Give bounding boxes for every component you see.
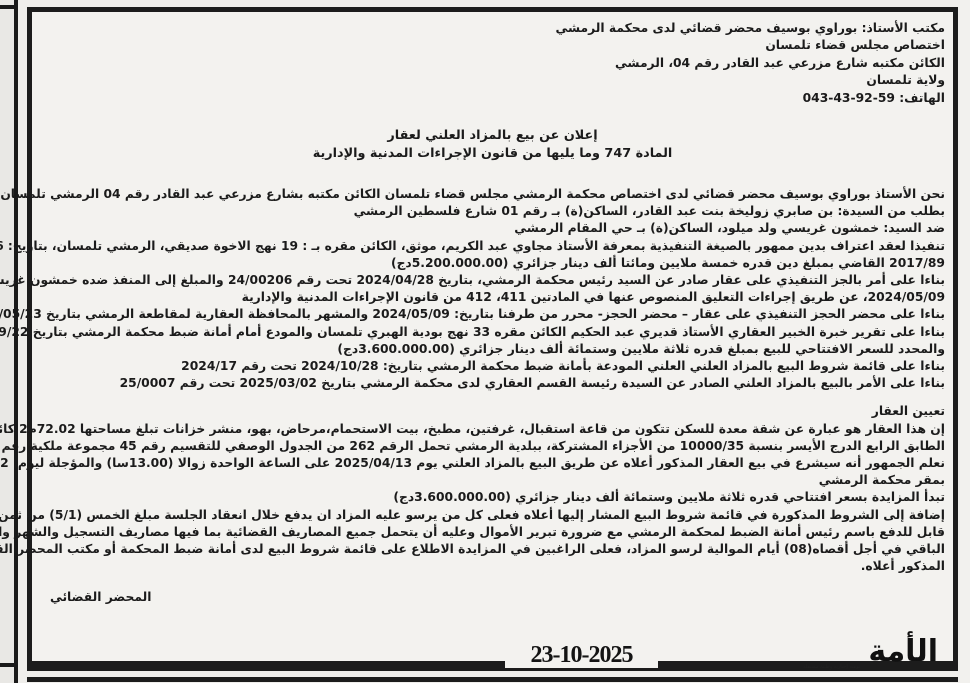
body-line: 2017/89 القاضي بمبلغ دين قدره خمسة ملايي… [40, 255, 945, 272]
column-rule [0, 5, 14, 9]
body-line: بطلب من السيدة: بن صابري زوليخة بنت عبد … [40, 203, 945, 220]
section-heading-property: تعيين العقار [40, 403, 945, 420]
body-line: بناءا على تقرير خبرة الخبير العقاري الأس… [40, 324, 945, 341]
body-line: قابل للدفع باسم رئيس أمانة الضبط لمحكمة … [40, 524, 945, 541]
notice-heading: إعلان عن بيع بالمزاد العلني لعقار [40, 127, 945, 145]
publication-date: 23-10-2025 [505, 640, 658, 668]
office-name: مكتب الأستاذ: بوراوي بوسيف محضر قضائي لد… [40, 20, 945, 37]
body-line: تبدأ المزايدة بسعر افتتاحي قدره ثلاثة مل… [40, 489, 945, 506]
body-line: نعلم الجمهور أنه سيشرع في بيع العقار الم… [40, 455, 945, 472]
province: ولاية تلمسان [40, 72, 945, 89]
body-line: بناءا على قائمة شروط البيع بالمزاد العلن… [40, 358, 945, 375]
notice-title: إعلان عن بيع بالمزاد العلني لعقار المادة… [40, 127, 945, 162]
logo-wordmark: الأمة [868, 635, 938, 669]
notice-body: نحن الأستاذ بوراوي بوسيف محضر قضائي لدى … [40, 186, 945, 575]
notice-content: مكتب الأستاذ: بوراوي بوسيف محضر قضائي لد… [40, 16, 945, 629]
phone: الهاتف: 59-92-43-043 [40, 90, 945, 107]
legal-notice-box: مكتب الأستاذ: بوراوي بوسيف محضر قضائي لد… [27, 7, 958, 666]
logo-tagline: يومية إخبارية وطنية مستقلة [803, 664, 860, 670]
jurisdiction: اختصاص مجلس قضاء تلمسان [40, 37, 945, 54]
body-line: بمقر محكمة الرمشي [40, 472, 945, 489]
notice-legal-reference: المادة 747 وما يليها من قانون الإجراءات … [40, 145, 945, 163]
body-line: الطابق الرابع الدرج الأيسر بنسبة 10000/3… [40, 438, 945, 455]
signature: المحضر القضائي [40, 589, 945, 606]
body-line: بناءا على محضر الحجز التنفيذي على عقار –… [40, 306, 945, 323]
right-margin [960, 0, 970, 683]
bailiff-office-header: مكتب الأستاذ: بوراوي بوسيف محضر قضائي لد… [40, 20, 945, 107]
body-line: إن هذا العقار هو عبارة عن شقة معدة للسكن… [40, 421, 945, 438]
body-line: ضد السيد: خمشون غريسي ولد ميلود، الساكن(… [40, 220, 945, 237]
newspaper-logo: الأمة يومية إخبارية وطنية مستقلة [803, 633, 938, 669]
body-line: والمحدد للسعر الافتتاحي للبيع بمبلغ قدره… [40, 341, 945, 358]
body-line: الباقي في أجل أقصاه(08) أيام الموالية لر… [40, 541, 945, 558]
body-line: نحن الأستاذ بوراوي بوسيف محضر قضائي لدى … [40, 186, 945, 203]
body-line: المذكور أعلاه. [40, 558, 945, 575]
body-line: بناءا على أمر بالجز التنفيذي على عقار صا… [40, 272, 945, 289]
body-line: 2024/05/09، عن طريق إجراءات التعليق المن… [40, 289, 945, 306]
column-rule [0, 663, 14, 667]
body-line: إضافة إلى الشروط المذكورة في قائمة شروط … [40, 507, 945, 524]
body-line: بناءا على الأمر بالبيع بالمزاد العلني ال… [40, 375, 945, 392]
next-article-border [27, 677, 958, 682]
spacer [40, 392, 945, 403]
adjacent-column-edge [0, 0, 18, 683]
body-line: تنفيذا لعقد اعتراف بدين ممهور بالصيغة ال… [40, 238, 945, 255]
office-address: الكائن مكتبه شارع مزرعي عبد القادر رقم 0… [40, 55, 945, 72]
